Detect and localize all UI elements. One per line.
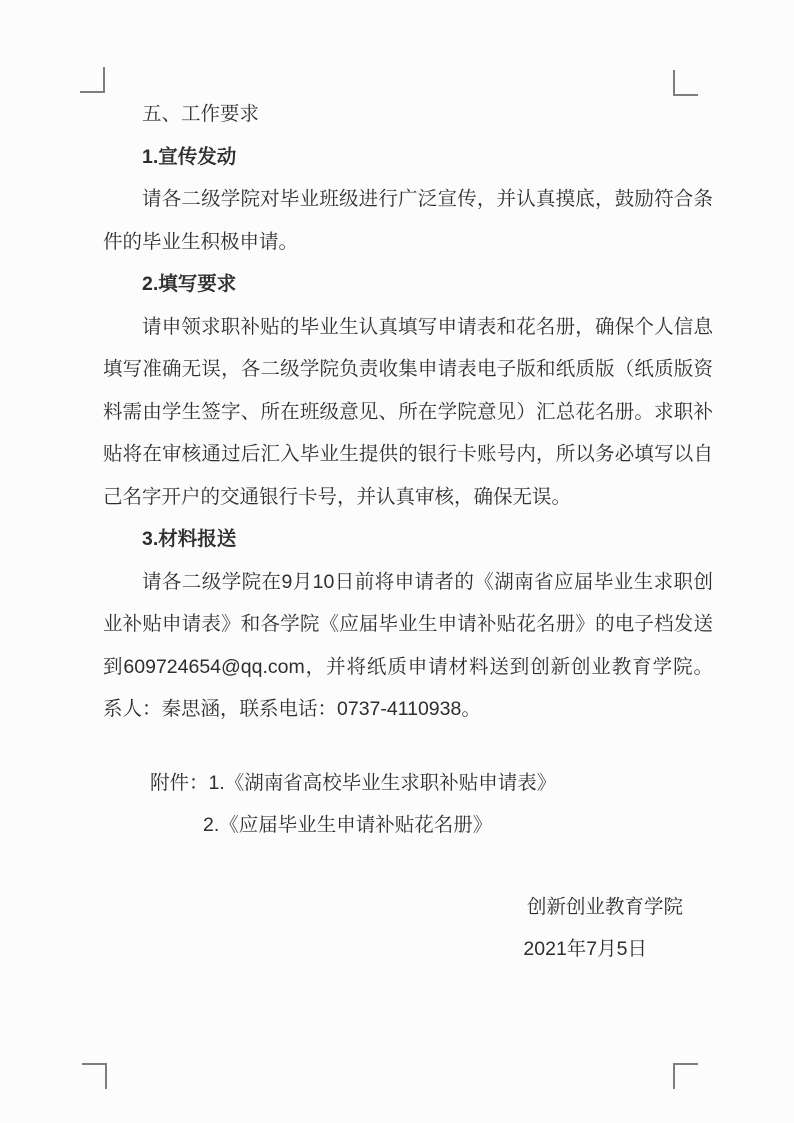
- document-content: 五、工作要求 1.宣传发动 请各二级学院对毕业班级进行广泛宣传，并认真摸底，鼓励…: [103, 93, 713, 971]
- paragraph-3-line: 请各二级学院在9月10日前将申请者的《湖南省应届毕业生求职创: [103, 561, 713, 604]
- vertical-spacer: [103, 847, 713, 886]
- vertical-spacer: [103, 731, 713, 762]
- crop-mark-top-left: [80, 67, 105, 93]
- attachment-item-1: 1.《湖南省高校毕业生求职补贴申请表》: [209, 772, 557, 794]
- paragraph-3-line: 系人：秦思涵，联系电话：0737-4110938。: [103, 688, 713, 731]
- paragraph-1-line: 请各二级学院对毕业班级进行广泛宣传，并认真摸底，鼓励符合条: [103, 178, 713, 221]
- paragraph-1-line: 件的毕业生积极申请。: [103, 221, 713, 264]
- paragraph-3-line: 到609724654@qq.com，并将纸质申请材料送到创新创业教育学院。联: [103, 646, 713, 689]
- subsection-1-heading: 1.宣传发动: [103, 136, 713, 179]
- document-page: 五、工作要求 1.宣传发动 请各二级学院对毕业班级进行广泛宣传，并认真摸底，鼓励…: [0, 0, 794, 1123]
- paragraph-2-line: 填写准确无误，各二级学院负责收集申请表电子版和纸质版（纸质版资: [103, 348, 713, 391]
- crop-mark-bottom-right: [673, 1063, 698, 1089]
- signature-organization: 创新创业教育学院: [103, 886, 713, 929]
- crop-mark-bottom-left: [82, 1063, 107, 1089]
- subsection-3-heading: 3.材料报送: [103, 518, 713, 561]
- paragraph-3-line: 业补贴申请表》和各学院《应届毕业生申请补贴花名册》的电子档发送: [103, 603, 713, 646]
- section-title: 五、工作要求: [103, 93, 713, 136]
- attachment-line-1: 附件：1.《湖南省高校毕业生求职补贴申请表》: [103, 762, 713, 805]
- paragraph-2-line: 己名字开户的交通银行卡号，并认真审核，确保无误。: [103, 476, 713, 519]
- subsection-2-heading: 2.填写要求: [103, 263, 713, 306]
- attachment-item-2: 2.《应届毕业生申请补贴花名册》: [203, 814, 492, 836]
- attachment-line-2: 2.《应届毕业生申请补贴花名册》: [103, 804, 713, 847]
- paragraph-2-line: 请申领求职补贴的毕业生认真填写申请表和花名册，确保个人信息: [103, 306, 713, 349]
- attachments-label: 附件：: [150, 772, 209, 794]
- paragraph-2-line: 料需由学生签字、所在班级意见、所在学院意见）汇总花名册。求职补: [103, 391, 713, 434]
- signature-date: 2021年7月5日: [103, 928, 713, 971]
- paragraph-2-line: 贴将在审核通过后汇入毕业生提供的银行卡账号内，所以务必填写以自: [103, 433, 713, 476]
